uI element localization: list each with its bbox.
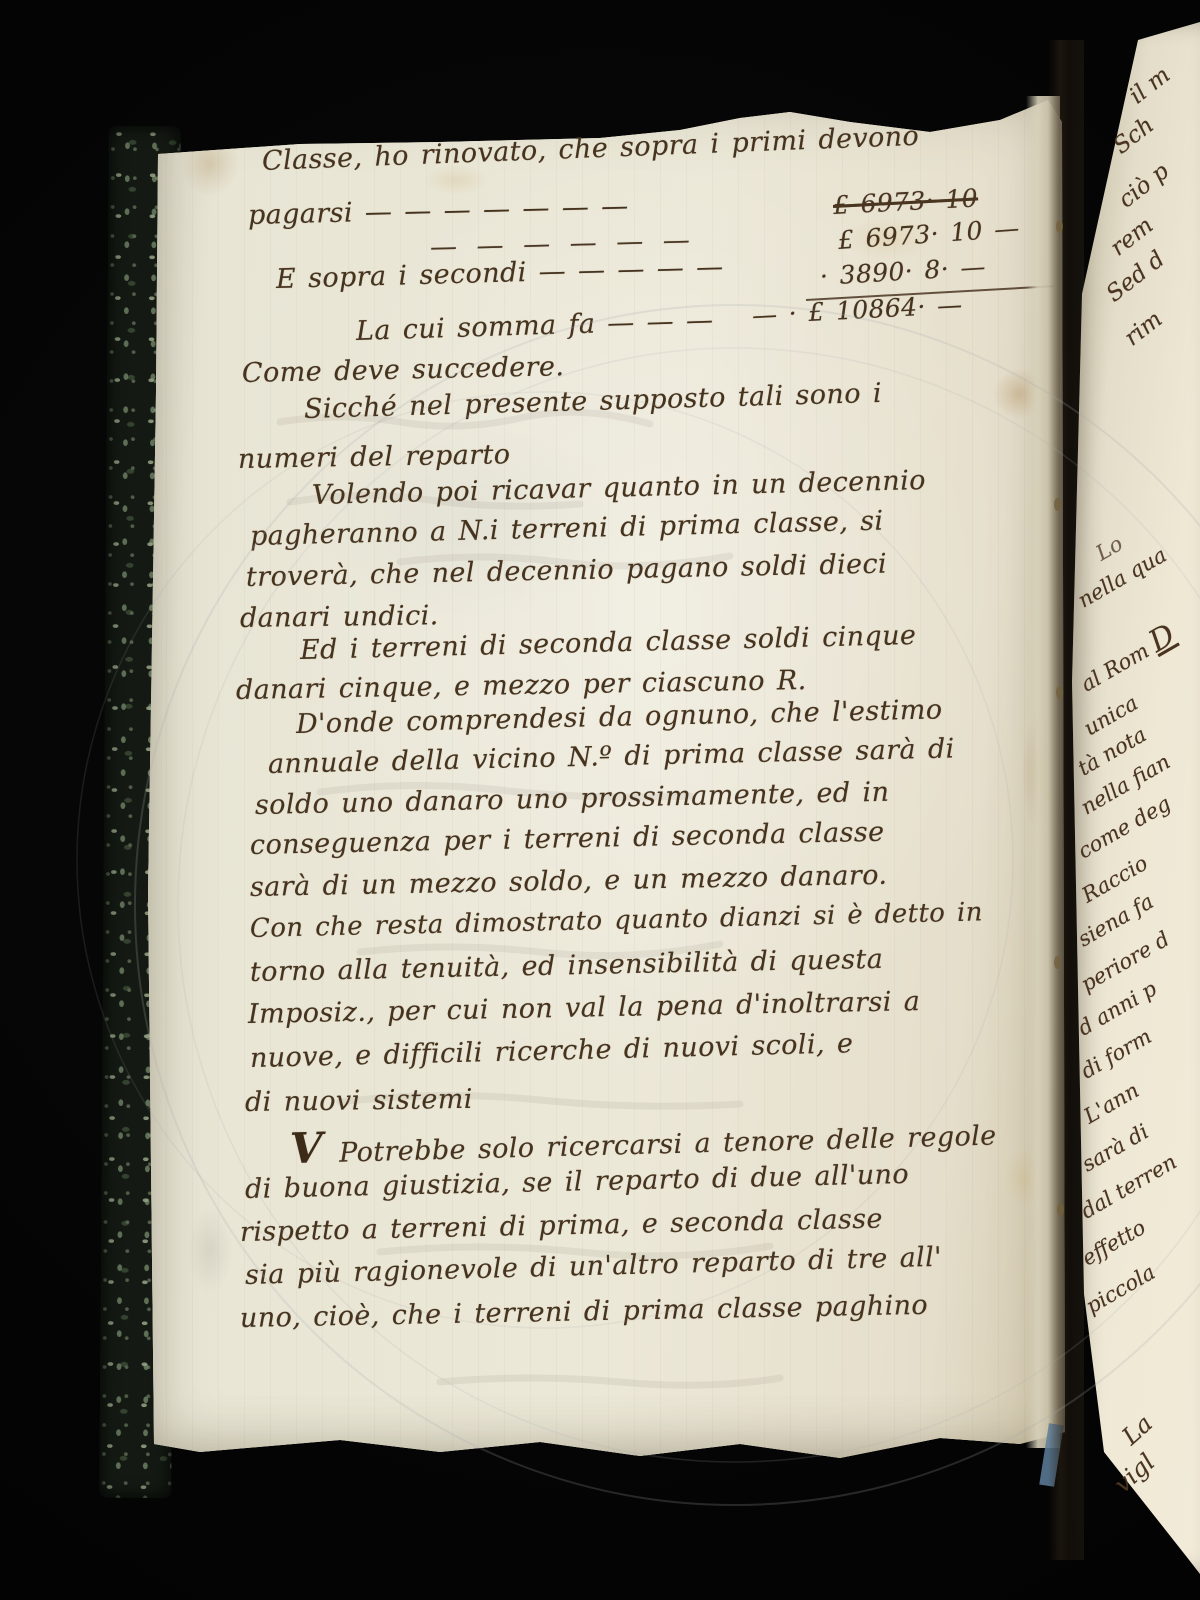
manuscript-line: numeri del reparto	[238, 441, 511, 473]
manuscript-line: Come deve succedere.	[242, 353, 565, 387]
stitching-dot	[1056, 220, 1063, 233]
manuscript-line: di nuovi sistemi	[245, 1086, 473, 1116]
section-initial: V	[289, 1123, 323, 1173]
book-photo: Classe, ho rinovato, che sopra i primi d…	[0, 0, 1200, 1600]
stitching-dot	[1057, 1203, 1064, 1216]
stitching-dot	[1054, 956, 1061, 969]
stitching-dot	[1056, 686, 1063, 699]
stitching-dot	[1054, 498, 1061, 511]
manuscript-line: danari undici.	[240, 602, 439, 632]
amount-crossed-out: £ 6973· 10	[832, 185, 978, 218]
paper-stain	[178, 1188, 242, 1312]
